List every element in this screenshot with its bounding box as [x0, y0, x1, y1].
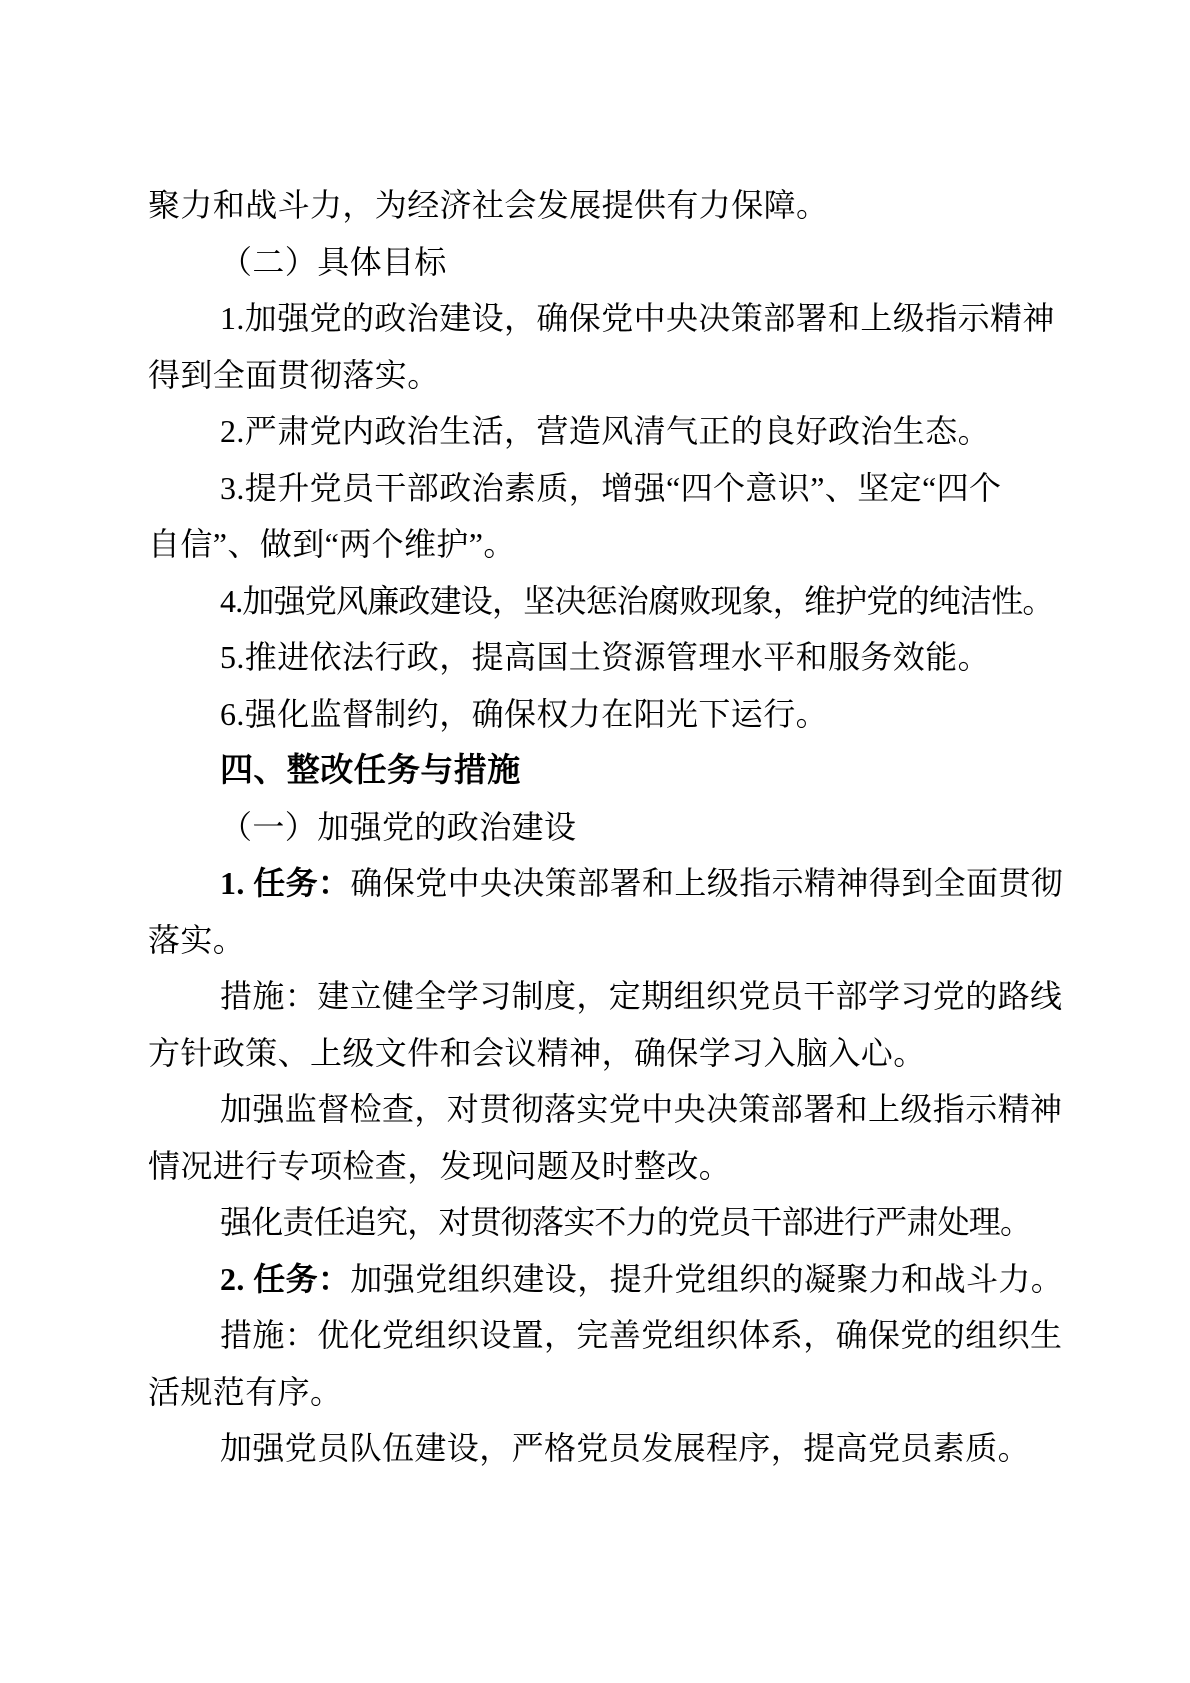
subsection-heading-specific-goals: （二）具体目标 — [148, 234, 1148, 291]
goal-item-2: 2.严肃党内政治生活，营造风清气正的良好政治生态。 — [148, 403, 1148, 460]
goal-item-1-line-2: 得到全面贯彻落实。 — [148, 347, 1148, 404]
task-1-line-1: 1. 任务：确保党中央决策部署和上级指示精神得到全面贯彻 — [148, 855, 1148, 912]
goal-item-5: 5.推进依法行政，提高国土资源管理水平和服务效能。 — [148, 629, 1148, 686]
section-heading-rectification-tasks: 四、整改任务与措施 — [148, 742, 1148, 799]
paragraph-continuation-line: 聚力和战斗力，为经济社会发展提供有力保障。 — [148, 177, 1148, 234]
subsection-heading-political-building: （一）加强党的政治建设 — [148, 799, 1148, 856]
measure-1-line-2: 方针政策、上级文件和会议精神，确保学习入脑入心。 — [148, 1025, 1148, 1082]
measure-2-line-2: 情况进行专项检查，发现问题及时整改。 — [148, 1138, 1148, 1195]
task-1-line-2: 落实。 — [148, 912, 1148, 969]
task-2-line: 2. 任务：加强党组织建设，提升党组织的凝聚力和战斗力。 — [148, 1251, 1148, 1308]
measure-2-line-1: 加强监督检查，对贯彻落实党中央决策部署和上级指示精神 — [148, 1081, 1148, 1138]
task-2-label: 2. 任务： — [220, 1261, 350, 1297]
measure-4-line-2: 活规范有序。 — [148, 1364, 1148, 1421]
goal-item-3-line-1: 3.提升党员干部政治素质，增强“四个意识”、坚定“四个 — [148, 460, 1148, 517]
goal-item-1-line-1: 1.加强党的政治建设，确保党中央决策部署和上级指示精神 — [148, 290, 1148, 347]
measure-3-line: 强化责任追究，对贯彻落实不力的党员干部进行严肃处理。 — [148, 1194, 1148, 1251]
goal-item-4: 4.加强党风廉政建设，坚决惩治腐败现象，维护党的纯洁性。 — [148, 573, 1148, 630]
measure-5-line: 加强党员队伍建设，严格党员发展程序，提高党员素质。 — [148, 1420, 1148, 1477]
document-content: 聚力和战斗力，为经济社会发展提供有力保障。 （二）具体目标 1.加强党的政治建设… — [148, 177, 1148, 1477]
measure-1-line-1: 措施：建立健全学习制度，定期组织党员干部学习党的路线 — [148, 968, 1148, 1025]
task-2-text: 加强党组织建设，提升党组织的凝聚力和战斗力。 — [350, 1261, 1063, 1297]
goal-item-3-line-2: 自信”、做到“两个维护”。 — [148, 516, 1148, 573]
task-1-text: 确保党中央决策部署和上级指示精神得到全面贯彻 — [350, 865, 1063, 901]
measure-4-line-1: 措施：优化党组织设置，完善党组织体系，确保党的组织生 — [148, 1307, 1148, 1364]
document-page: 聚力和战斗力，为经济社会发展提供有力保障。 （二）具体目标 1.加强党的政治建设… — [0, 0, 1190, 1683]
task-1-label: 1. 任务： — [220, 865, 350, 901]
goal-item-6: 6.强化监督制约，确保权力在阳光下运行。 — [148, 686, 1148, 743]
